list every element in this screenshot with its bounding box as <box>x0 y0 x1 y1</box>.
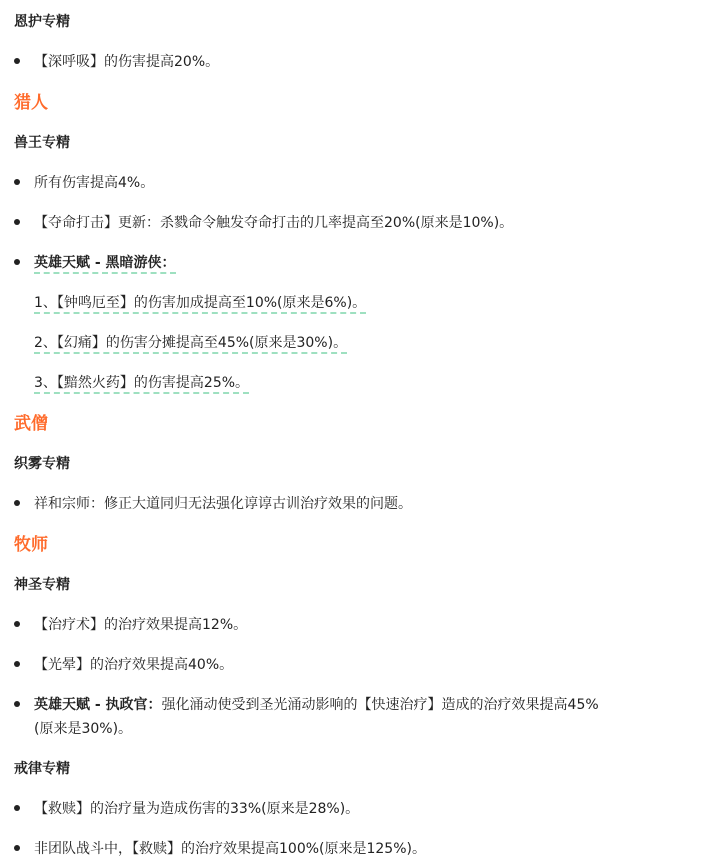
subheading-discipline: 戒律专精 <box>14 759 70 779</box>
heading-priest: 牧师 <box>14 535 48 555</box>
subheading-beast-mastery: 兽王专精 <box>14 133 70 153</box>
bullet-icon <box>14 179 20 185</box>
list-item: 【救赎】的治疗量为造成伤害的33%(原来是28%)。 <box>14 799 359 819</box>
numbered-item: 2、【幻痛】的伤害分摊提高至45%(原来是30%)。 <box>34 333 347 353</box>
bullet-icon <box>14 621 20 627</box>
list-item: 祥和宗师：修正大道同归无法强化谆谆古训治疗效果的问题。 <box>14 494 412 514</box>
bullet-icon <box>14 219 20 225</box>
list-item: 所有伤害提高4%。 <box>14 173 154 193</box>
bullet-icon <box>14 701 20 707</box>
list-item: 非团队战斗中，【救赎】的治疗效果提高100%(原来是125%)。 <box>14 839 426 859</box>
list-item: 【深呼吸】的伤害提高20%。 <box>14 52 219 72</box>
list-item: 【治疗术】的治疗效果提高12%。 <box>14 615 247 635</box>
list-item-hero-talent: 英雄天赋 - 黑暗游侠： <box>14 253 176 273</box>
bullet-icon <box>14 500 20 506</box>
subheading-preservation: 恩护专精 <box>14 12 70 32</box>
list-item: 【光晕】的治疗效果提高40%。 <box>14 655 233 675</box>
subheading-mistweaver: 织雾专精 <box>14 454 70 474</box>
bullet-icon <box>14 845 20 851</box>
heading-monk: 武僧 <box>14 414 48 434</box>
list-item-continuation: (原来是30%)。 <box>34 719 132 739</box>
bullet-icon <box>14 58 20 64</box>
list-item-hero-talent: 英雄天赋 - 执政官：强化涌动使受到圣光涌动影响的【快速治疗】造成的治疗效果提高… <box>14 695 599 715</box>
numbered-item: 3、【黯然火药】的伤害提高25%。 <box>34 373 249 393</box>
bullet-icon <box>14 259 20 265</box>
bullet-icon <box>14 661 20 667</box>
subheading-holy: 神圣专精 <box>14 575 70 595</box>
bullet-icon <box>14 805 20 811</box>
numbered-item: 1、【钟鸣厄至】的伤害加成提高至10%(原来是6%)。 <box>34 293 366 313</box>
heading-hunter: 猎人 <box>14 93 48 113</box>
list-item: 【夺命打击】更新：杀戮命令触发夺命打击的几率提高至20%(原来是10%)。 <box>14 213 513 233</box>
